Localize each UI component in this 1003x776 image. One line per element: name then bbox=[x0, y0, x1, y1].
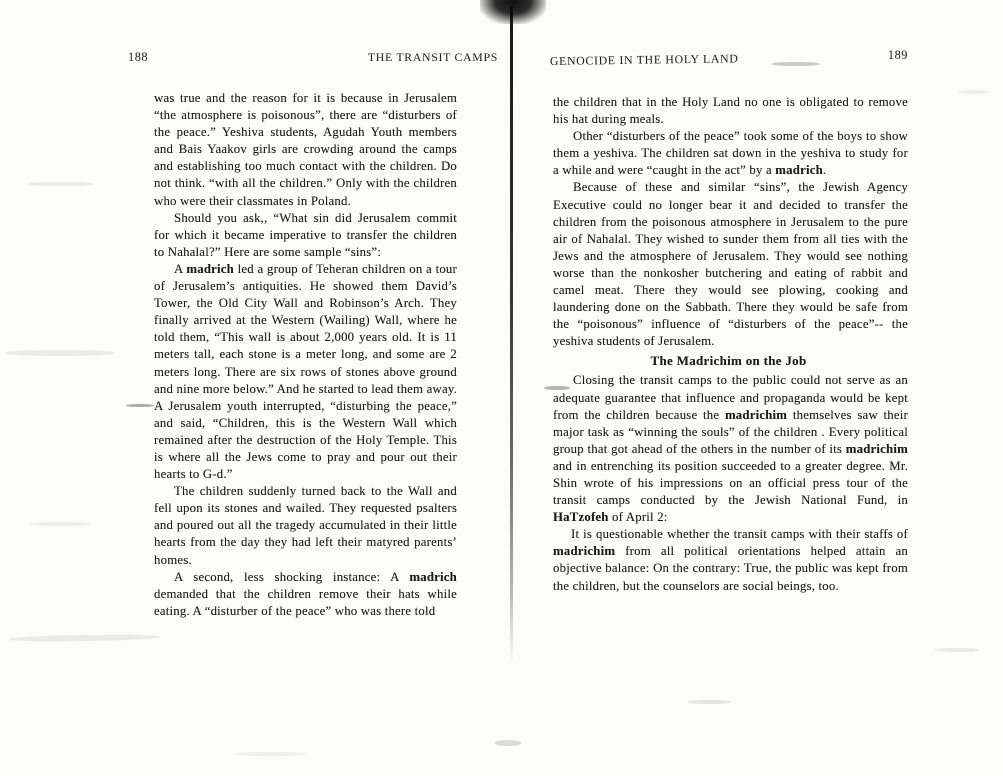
left-running-title: THE TRANSIT CAMPS bbox=[368, 50, 498, 65]
section-heading: The Madrichim on the Job bbox=[578, 352, 879, 370]
scan-smudge bbox=[6, 350, 114, 356]
paragraph: Should you ask,, “What sin did Jerusalem… bbox=[154, 210, 457, 261]
paragraph: The children suddenly turned back to the… bbox=[154, 483, 457, 568]
right-running-title: GENOCIDE IN THE HOLY LAND bbox=[550, 51, 739, 69]
scan-smudge bbox=[935, 648, 979, 652]
scan-smudge bbox=[495, 740, 521, 746]
binding-ink-blob bbox=[480, 0, 546, 24]
paragraph: Other “disturbers of the peace” took som… bbox=[553, 128, 908, 179]
right-page-number: 189 bbox=[888, 48, 908, 63]
scan-smudge bbox=[958, 90, 988, 94]
scan-smudge bbox=[30, 522, 90, 526]
scan-smudge bbox=[28, 182, 94, 186]
left-page-number: 188 bbox=[128, 50, 148, 65]
page-left: 188 THE TRANSIT CAMPS was true and the r… bbox=[128, 50, 498, 620]
paragraph: Closing the transit camps to the public … bbox=[553, 372, 908, 526]
paragraph: was true and the reason for it is becaus… bbox=[154, 90, 457, 210]
scan-smudge bbox=[688, 700, 732, 704]
paragraph: Because of these and similar “sins”, the… bbox=[553, 179, 908, 350]
scan-smudge bbox=[10, 634, 160, 643]
scan-smudge bbox=[235, 752, 305, 756]
book-scan-canvas: 188 THE TRANSIT CAMPS was true and the r… bbox=[0, 0, 1003, 776]
left-page-header: 188 THE TRANSIT CAMPS bbox=[128, 50, 498, 65]
binding-line bbox=[510, 6, 513, 664]
paragraph: the children that in the Holy Land no on… bbox=[553, 94, 908, 128]
right-page-header: GENOCIDE IN THE HOLY LAND 189 bbox=[550, 48, 908, 69]
paragraph: A madrich led a group of Teheran childre… bbox=[154, 261, 457, 483]
page-right: GENOCIDE IN THE HOLY LAND 189 the childr… bbox=[550, 48, 908, 595]
block-quote: It is questionable whether the transit c… bbox=[553, 526, 908, 594]
paragraph: A second, less shocking instance: A madr… bbox=[154, 569, 457, 620]
right-page-body: the children that in the Holy Land no on… bbox=[553, 94, 908, 595]
left-page-body: was true and the reason for it is becaus… bbox=[154, 90, 457, 620]
